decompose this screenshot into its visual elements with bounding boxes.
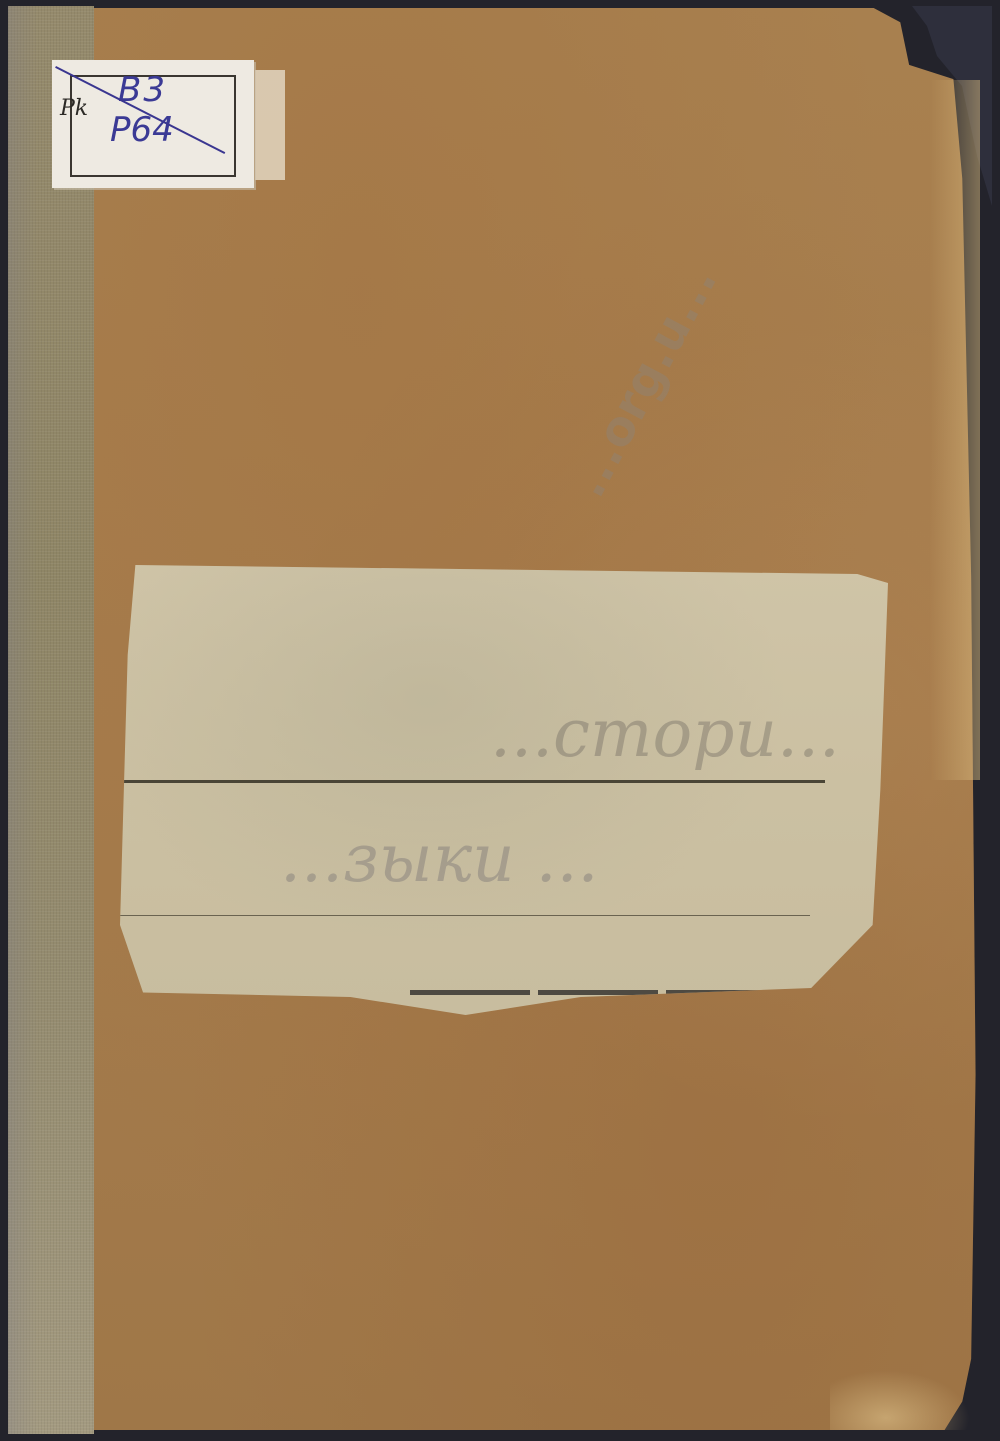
edge-wear-bottom <box>830 1370 970 1430</box>
title-label: ...стори... ...зыки ... <box>120 565 888 1015</box>
label-tape <box>255 70 285 180</box>
call-number-line2: P64 <box>110 110 174 150</box>
title-line2: ...зыки ... <box>280 820 599 897</box>
edge-wear-right <box>930 80 980 780</box>
call-number-label: Pk B3 P64 <box>52 60 254 188</box>
call-number-prefix: Pk <box>60 96 88 121</box>
cloth-spine <box>8 6 94 1434</box>
label-rule-middle <box>120 915 810 916</box>
spine-shade <box>8 6 38 1434</box>
title-line1: ...стори... <box>490 695 840 772</box>
label-rule-top <box>120 780 825 783</box>
